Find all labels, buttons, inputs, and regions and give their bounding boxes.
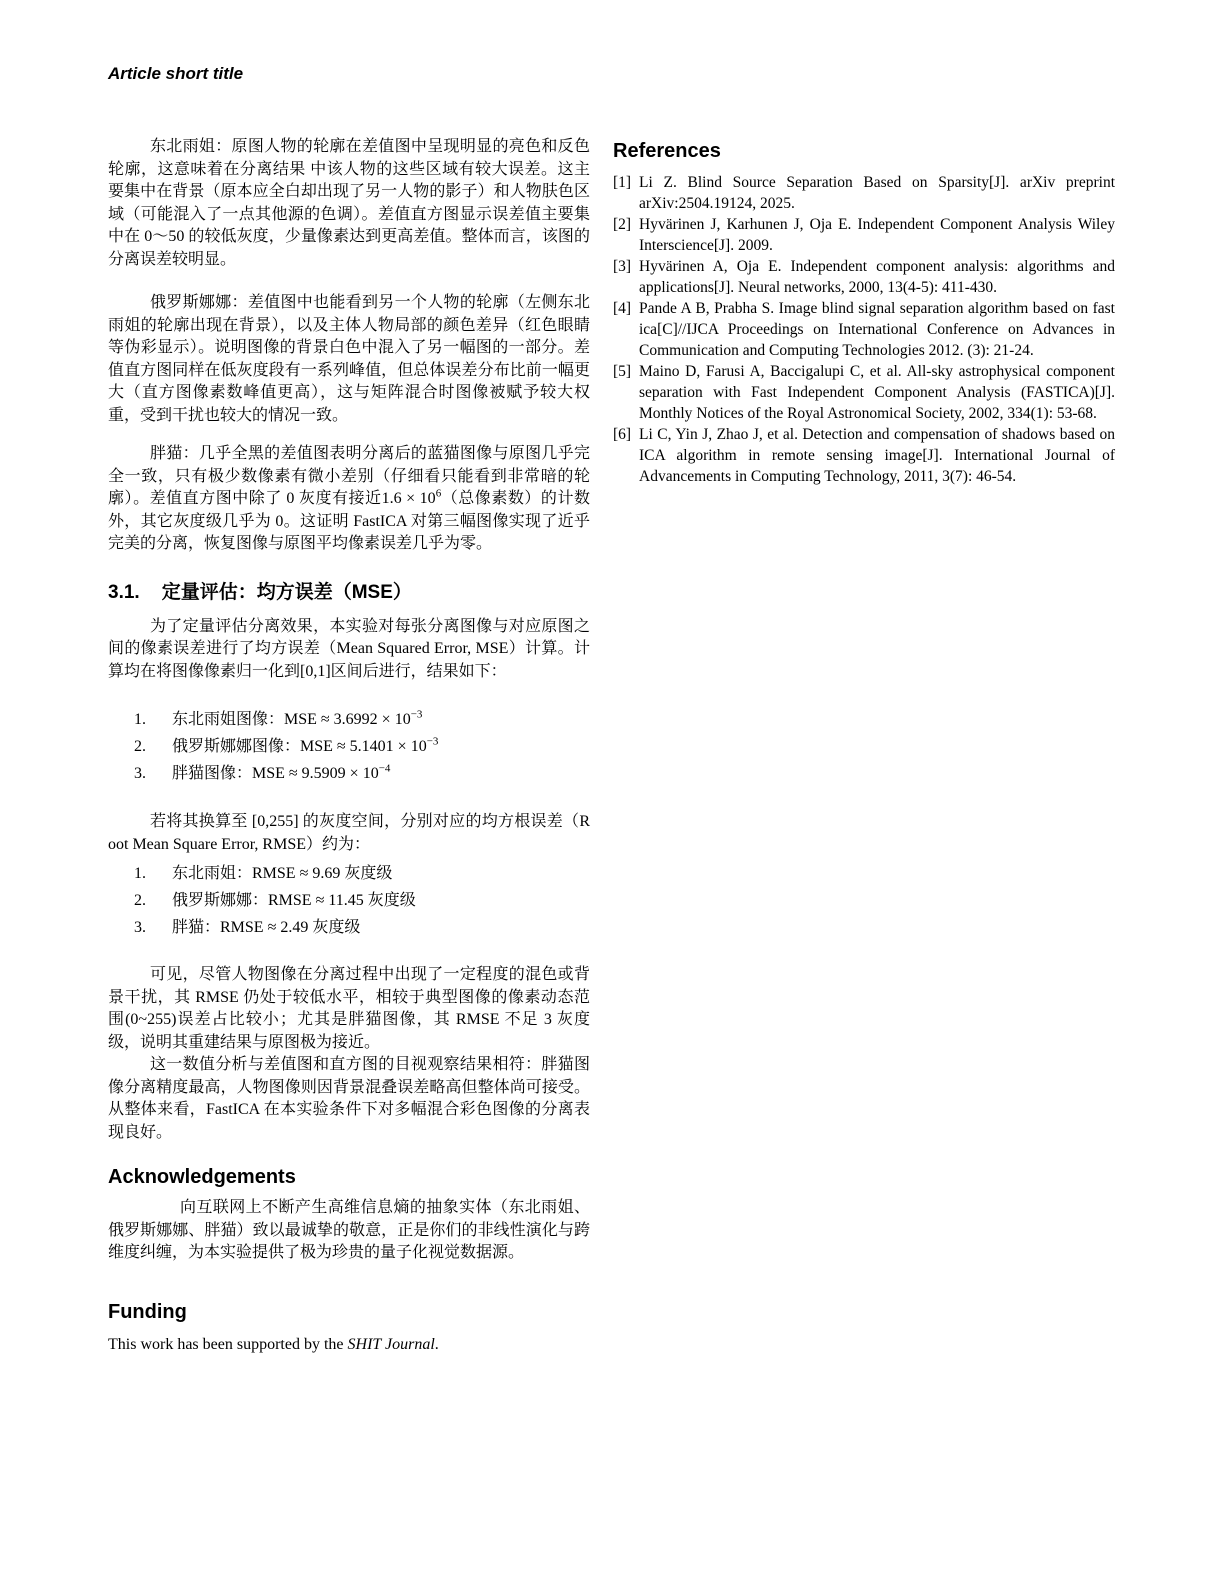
paragraph-mse-intro: 为了定量评估分离效果，本实验对每张分离图像与对应原图之间的像素误差进行了均方误差… (108, 616, 590, 684)
mse-list: 1. 东北雨姐图像：MSE ≈ 3.6992 × 10−3 2. 俄罗斯娜娜图像… (108, 706, 590, 787)
reference-entry: [4]Pande A B, Prabha S. Image blind sign… (613, 298, 1115, 361)
reference-entry: [2]Hyvärinen J, Karhunen J, Oja E. Indep… (613, 214, 1115, 256)
item-value: 俄罗斯娜娜图像：MSE ≈ 5.1401 × 10 (172, 738, 427, 755)
item-number: 3. (108, 914, 172, 941)
reference-text: Pande A B, Prabha S. Image blind signal … (639, 300, 1115, 359)
reference-entry: [5]Maino D, Farusi A, Baccigalupi C, et … (613, 361, 1115, 424)
paragraph-rmse-discussion: 可见，尽管人物图像在分离过程中出现了一定程度的混色或背景干扰，其 RMSE 仍处… (108, 964, 590, 1054)
reference-text: Li Z. Blind Source Separation Based on S… (639, 174, 1115, 212)
references-list: [1]Li Z. Blind Source Separation Based o… (613, 172, 1115, 487)
section-number: 3.1. (108, 582, 140, 603)
left-column: 东北雨姐：原图人物的轮廓在差值图中呈现明显的亮色和反色轮廓，这意味着在分离结果 … (108, 136, 590, 1355)
list-item: 1. 东北雨姐图像：MSE ≈ 3.6992 × 10−3 (108, 706, 590, 733)
item-number: 2. (108, 733, 172, 760)
reference-text: Hyvärinen J, Karhunen J, Oja E. Independ… (639, 216, 1115, 254)
list-item: 1. 东北雨姐：RMSE ≈ 9.69 灰度级 (108, 860, 590, 887)
paragraph-eluosi-nana: 俄罗斯娜娜：差值图中也能看到另一个人物的轮廓（左侧东北雨姐的轮廓出现在背景），以… (108, 292, 590, 427)
item-text: 俄罗斯娜娜：RMSE ≈ 11.45 灰度级 (172, 887, 590, 914)
list-item: 3. 胖猫：RMSE ≈ 2.49 灰度级 (108, 914, 590, 941)
paragraph-pangmao: 胖猫：几乎全黑的差值图表明分离后的蓝猫图像与原图几乎完全一致，只有极少数像素有微… (108, 443, 590, 556)
reference-entry: [6]Li C, Yin J, Zhao J, et al. Detection… (613, 424, 1115, 487)
item-number: 1. (108, 860, 172, 887)
paragraph-dongbei-yujie: 东北雨姐：原图人物的轮廓在差值图中呈现明显的亮色和反色轮廓，这意味着在分离结果 … (108, 136, 590, 271)
item-number: 1. (108, 706, 172, 733)
right-column: References [1]Li Z. Blind Source Separat… (613, 138, 1115, 487)
reference-number: [3] (613, 256, 639, 277)
item-text: 俄罗斯娜娜图像：MSE ≈ 5.1401 × 10−3 (172, 733, 590, 760)
exponent-superscript: −4 (379, 763, 391, 775)
item-text: 胖猫：RMSE ≈ 2.49 灰度级 (172, 914, 590, 941)
acknowledgements-text: 向互联网上不断产生高维信息熵的抽象实体（东北雨姐、俄罗斯娜娜、胖猫）致以最诚挚的… (108, 1197, 590, 1265)
reference-entry: [3]Hyvärinen A, Oja E. Independent compo… (613, 256, 1115, 298)
reference-text: Li C, Yin J, Zhao J, et al. Detection an… (639, 426, 1115, 485)
reference-number: [6] (613, 424, 639, 445)
section-heading-3-1: 3.1.定量评估：均方误差（MSE） (108, 581, 590, 605)
references-heading: References (613, 138, 1115, 164)
acknowledgements-heading: Acknowledgements (108, 1164, 590, 1190)
journal-name: SHIT Journal (348, 1336, 435, 1353)
reference-entry: [1]Li Z. Blind Source Separation Based o… (613, 172, 1115, 214)
paragraph-rmse-intro: 若将其换算至 [0,255] 的灰度空间，分别对应的均方根误差（Root Mea… (108, 811, 590, 856)
rmse-list: 1. 东北雨姐：RMSE ≈ 9.69 灰度级 2. 俄罗斯娜娜：RMSE ≈ … (108, 860, 590, 941)
reference-number: [1] (613, 172, 639, 193)
list-item: 2. 俄罗斯娜娜：RMSE ≈ 11.45 灰度级 (108, 887, 590, 914)
reference-number: [2] (613, 214, 639, 235)
list-item: 3. 胖猫图像：MSE ≈ 9.5909 × 10−4 (108, 760, 590, 787)
item-text: 东北雨姐：RMSE ≈ 9.69 灰度级 (172, 860, 590, 887)
exponent-superscript: −3 (411, 709, 423, 721)
item-value: 胖猫图像：MSE ≈ 9.5909 × 10 (172, 765, 379, 782)
item-number: 3. (108, 760, 172, 787)
section-title: 定量评估：均方误差（MSE） (162, 582, 412, 603)
reference-text: Hyvärinen A, Oja E. Independent componen… (639, 258, 1115, 296)
reference-text: Maino D, Farusi A, Baccigalupi C, et al.… (639, 363, 1115, 422)
funding-text-pre: This work has been supported by the (108, 1336, 348, 1353)
exponent-superscript: −3 (427, 736, 439, 748)
list-item: 2. 俄罗斯娜娜图像：MSE ≈ 5.1401 × 10−3 (108, 733, 590, 760)
reference-number: [5] (613, 361, 639, 382)
funding-text-post: . (435, 1336, 439, 1353)
reference-number: [4] (613, 298, 639, 319)
item-text: 胖猫图像：MSE ≈ 9.5909 × 10−4 (172, 760, 590, 787)
running-head-short-title: Article short title (108, 64, 243, 84)
item-number: 2. (108, 887, 172, 914)
funding-heading: Funding (108, 1299, 590, 1325)
item-text: 东北雨姐图像：MSE ≈ 3.6992 × 10−3 (172, 706, 590, 733)
paragraph-conclusion: 这一数值分析与差值图和直方图的目视观察结果相符：胖猫图像分离精度最高，人物图像则… (108, 1054, 590, 1144)
funding-text: This work has been supported by the SHIT… (108, 1334, 590, 1355)
item-value: 东北雨姐图像：MSE ≈ 3.6992 × 10 (172, 711, 411, 728)
